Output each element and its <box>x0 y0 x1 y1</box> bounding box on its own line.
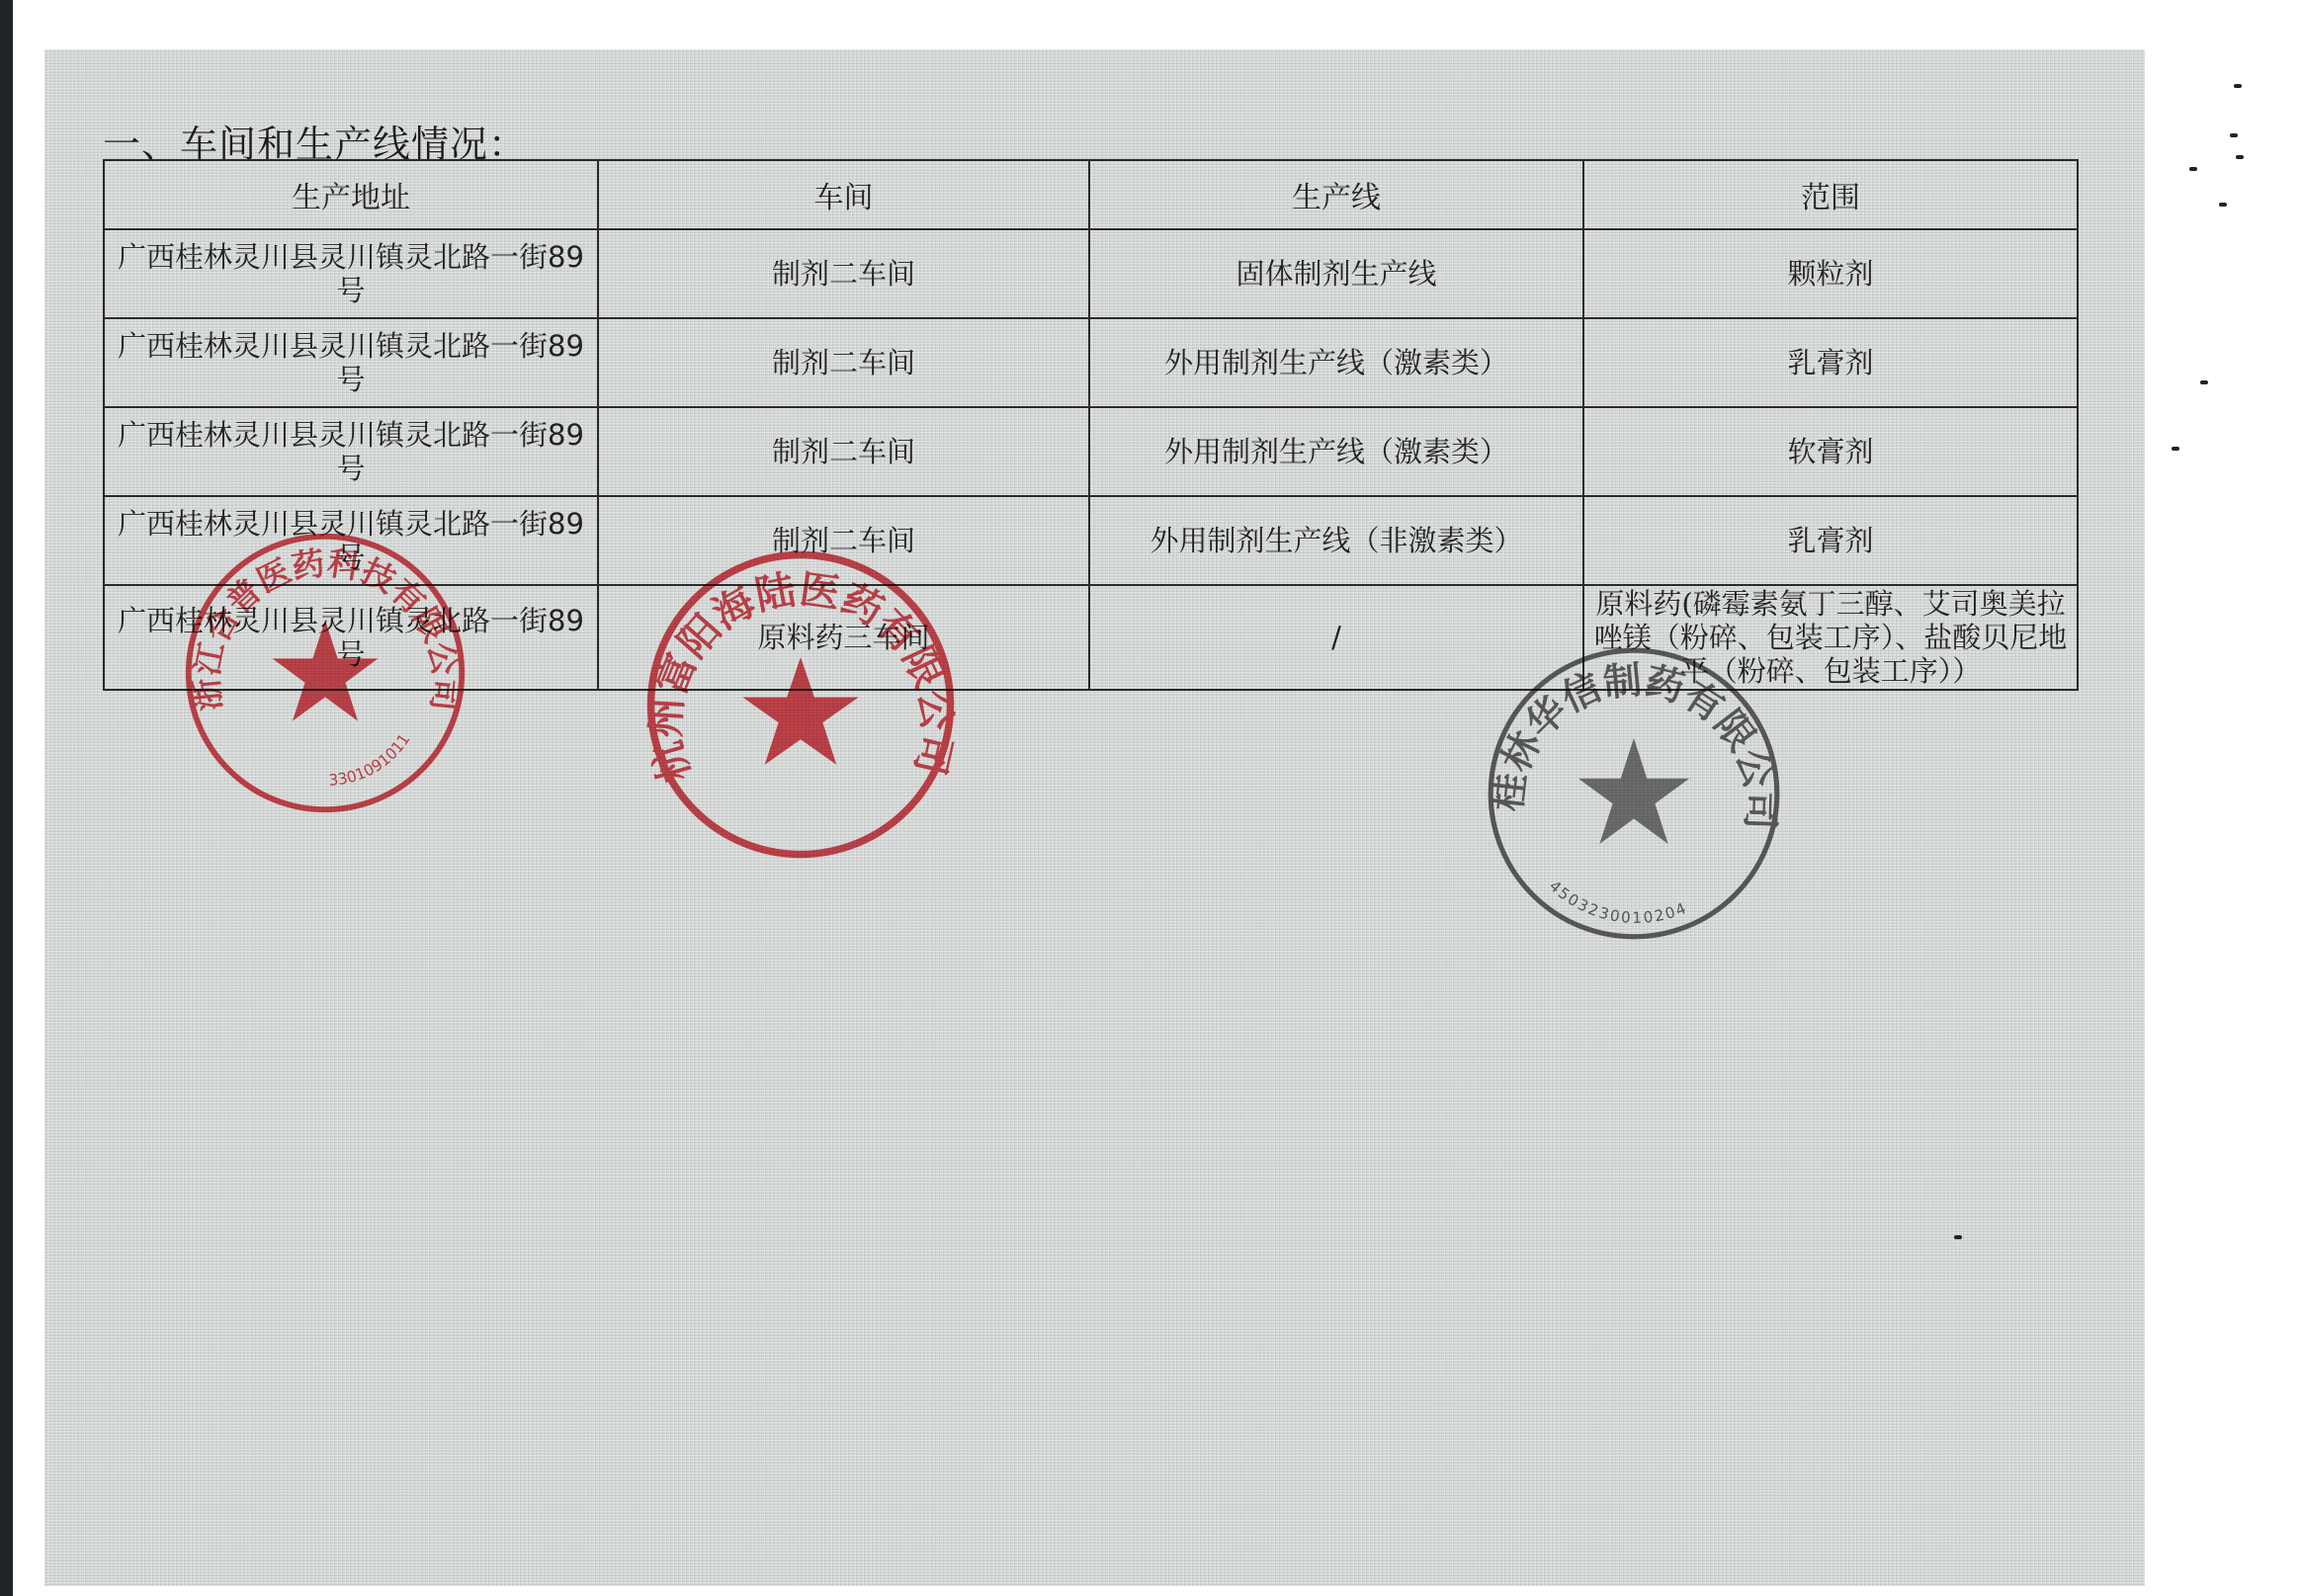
cell-scope: 乳膏剂 <box>1583 318 2078 407</box>
table-row: 广西桂林灵川县灵川镇灵北路一街89号 制剂二车间 外用制剂生产线（非激素类） 乳… <box>104 496 2078 585</box>
scan-speck <box>1954 1235 1962 1239</box>
scan-speck <box>2219 203 2227 207</box>
cell-address: 广西桂林灵川县灵川镇灵北路一街89号 <box>104 318 598 407</box>
scan-speck <box>2200 380 2208 384</box>
cell-address: 广西桂林灵川县灵川镇灵北路一街89号 <box>104 229 598 318</box>
table-header-row: 生产地址 车间 生产线 范围 <box>104 160 2078 229</box>
scan-speck <box>2234 84 2242 88</box>
cell-workshop: 制剂二车间 <box>598 407 1089 496</box>
scan-speck <box>2189 167 2197 171</box>
cell-workshop: 制剂二车间 <box>598 496 1089 585</box>
scan-speck <box>2236 155 2244 159</box>
cell-scope: 原料药(磷霉素氨丁三醇、艾司奥美拉唑镁（粉碎、包装工序）、盐酸贝尼地平（粉碎、包… <box>1583 585 2078 690</box>
cell-production-line: / <box>1089 585 1583 690</box>
cell-scope: 颗粒剂 <box>1583 229 2078 318</box>
cell-production-line: 外用制剂生产线（激素类） <box>1089 318 1583 407</box>
table-row: 广西桂林灵川县灵川镇灵北路一街89号 制剂二车间 固体制剂生产线 颗粒剂 <box>104 229 2078 318</box>
table-row: 广西桂林灵川县灵川镇灵北路一街89号 制剂二车间 外用制剂生产线（激素类） 软膏… <box>104 407 2078 496</box>
table-row: 广西桂林灵川县灵川镇灵北路一街89号 原料药三车间 / 原料药(磷霉素氨丁三醇、… <box>104 585 2078 690</box>
header-address: 生产地址 <box>104 160 598 229</box>
cell-scope: 软膏剂 <box>1583 407 2078 496</box>
cell-workshop: 原料药三车间 <box>598 585 1089 690</box>
table-row: 广西桂林灵川县灵川镇灵北路一街89号 制剂二车间 外用制剂生产线（激素类） 乳膏… <box>104 318 2078 407</box>
scan-edge-strip <box>0 0 13 1596</box>
cell-scope: 乳膏剂 <box>1583 496 2078 585</box>
cell-address: 广西桂林灵川县灵川镇灵北路一街89号 <box>104 407 598 496</box>
cell-production-line: 外用制剂生产线（激素类） <box>1089 407 1583 496</box>
cell-address: 广西桂林灵川县灵川镇灵北路一街89号 <box>104 496 598 585</box>
scan-speck <box>2172 447 2179 451</box>
cell-address: 广西桂林灵川县灵川镇灵北路一街89号 <box>104 585 598 690</box>
workshop-table: 生产地址 车间 生产线 范围 广西桂林灵川县灵川镇灵北路一街89号 制剂二车间 … <box>103 159 2079 691</box>
scan-speck <box>2230 133 2238 137</box>
header-scope: 范围 <box>1583 160 2078 229</box>
header-workshop: 车间 <box>598 160 1089 229</box>
header-production-line: 生产线 <box>1089 160 1583 229</box>
cell-production-line: 固体制剂生产线 <box>1089 229 1583 318</box>
cell-workshop: 制剂二车间 <box>598 318 1089 407</box>
cell-production-line: 外用制剂生产线（非激素类） <box>1089 496 1583 585</box>
cell-workshop: 制剂二车间 <box>598 229 1089 318</box>
